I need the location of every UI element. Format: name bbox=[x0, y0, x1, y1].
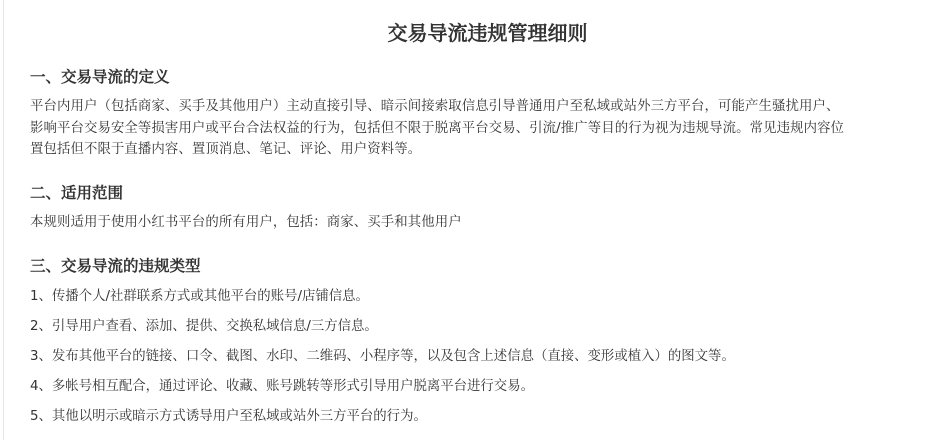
definition-line-2: 影响平台交易安全等损害用户或平台合法权益的行为，包括但不限于脱离平台交易、引流/… bbox=[30, 118, 942, 140]
left-border-divider bbox=[3, 0, 4, 440]
document-title: 交易导流违规管理细则 bbox=[30, 20, 945, 46]
violation-item-5: 5、其他以明示或暗示方式诱导用户至私域或站外三方平台的行为。 bbox=[30, 407, 427, 427]
scope-text: 本规则适用于使用小红书平台的所有用户，包括：商家、买手和其他用户 bbox=[30, 212, 942, 234]
violation-item-2: 2、引导用户查看、添加、提供、交换私域信息/三方信息。 bbox=[30, 317, 378, 337]
section-heading-violation-types: 三、交易导流的违规类型 bbox=[30, 255, 201, 277]
definition-line-1: 平台内用户（包括商家、买手及其他用户）主动直接引导、暗示间接索取信息引导普通用户… bbox=[30, 96, 942, 118]
section-heading-scope: 二、适用范围 bbox=[30, 182, 123, 204]
section-heading-definition: 一、交易导流的定义 bbox=[30, 66, 170, 88]
violation-item-3: 3、发布其他平台的链接、口令、截图、水印、二维码、小程序等，以及包含上述信息（直… bbox=[30, 347, 735, 367]
violation-item-4: 4、多帐号相互配合，通过评论、收藏、账号跳转等形式引导用户脱离平台进行交易。 bbox=[30, 377, 534, 397]
violation-item-1: 1、传播个人/社群联系方式或其他平台的账号/店铺信息。 bbox=[30, 287, 369, 307]
definition-line-3: 置包括但不限于直播内容、置顶消息、笔记、评论、用户资料等。 bbox=[30, 139, 942, 161]
